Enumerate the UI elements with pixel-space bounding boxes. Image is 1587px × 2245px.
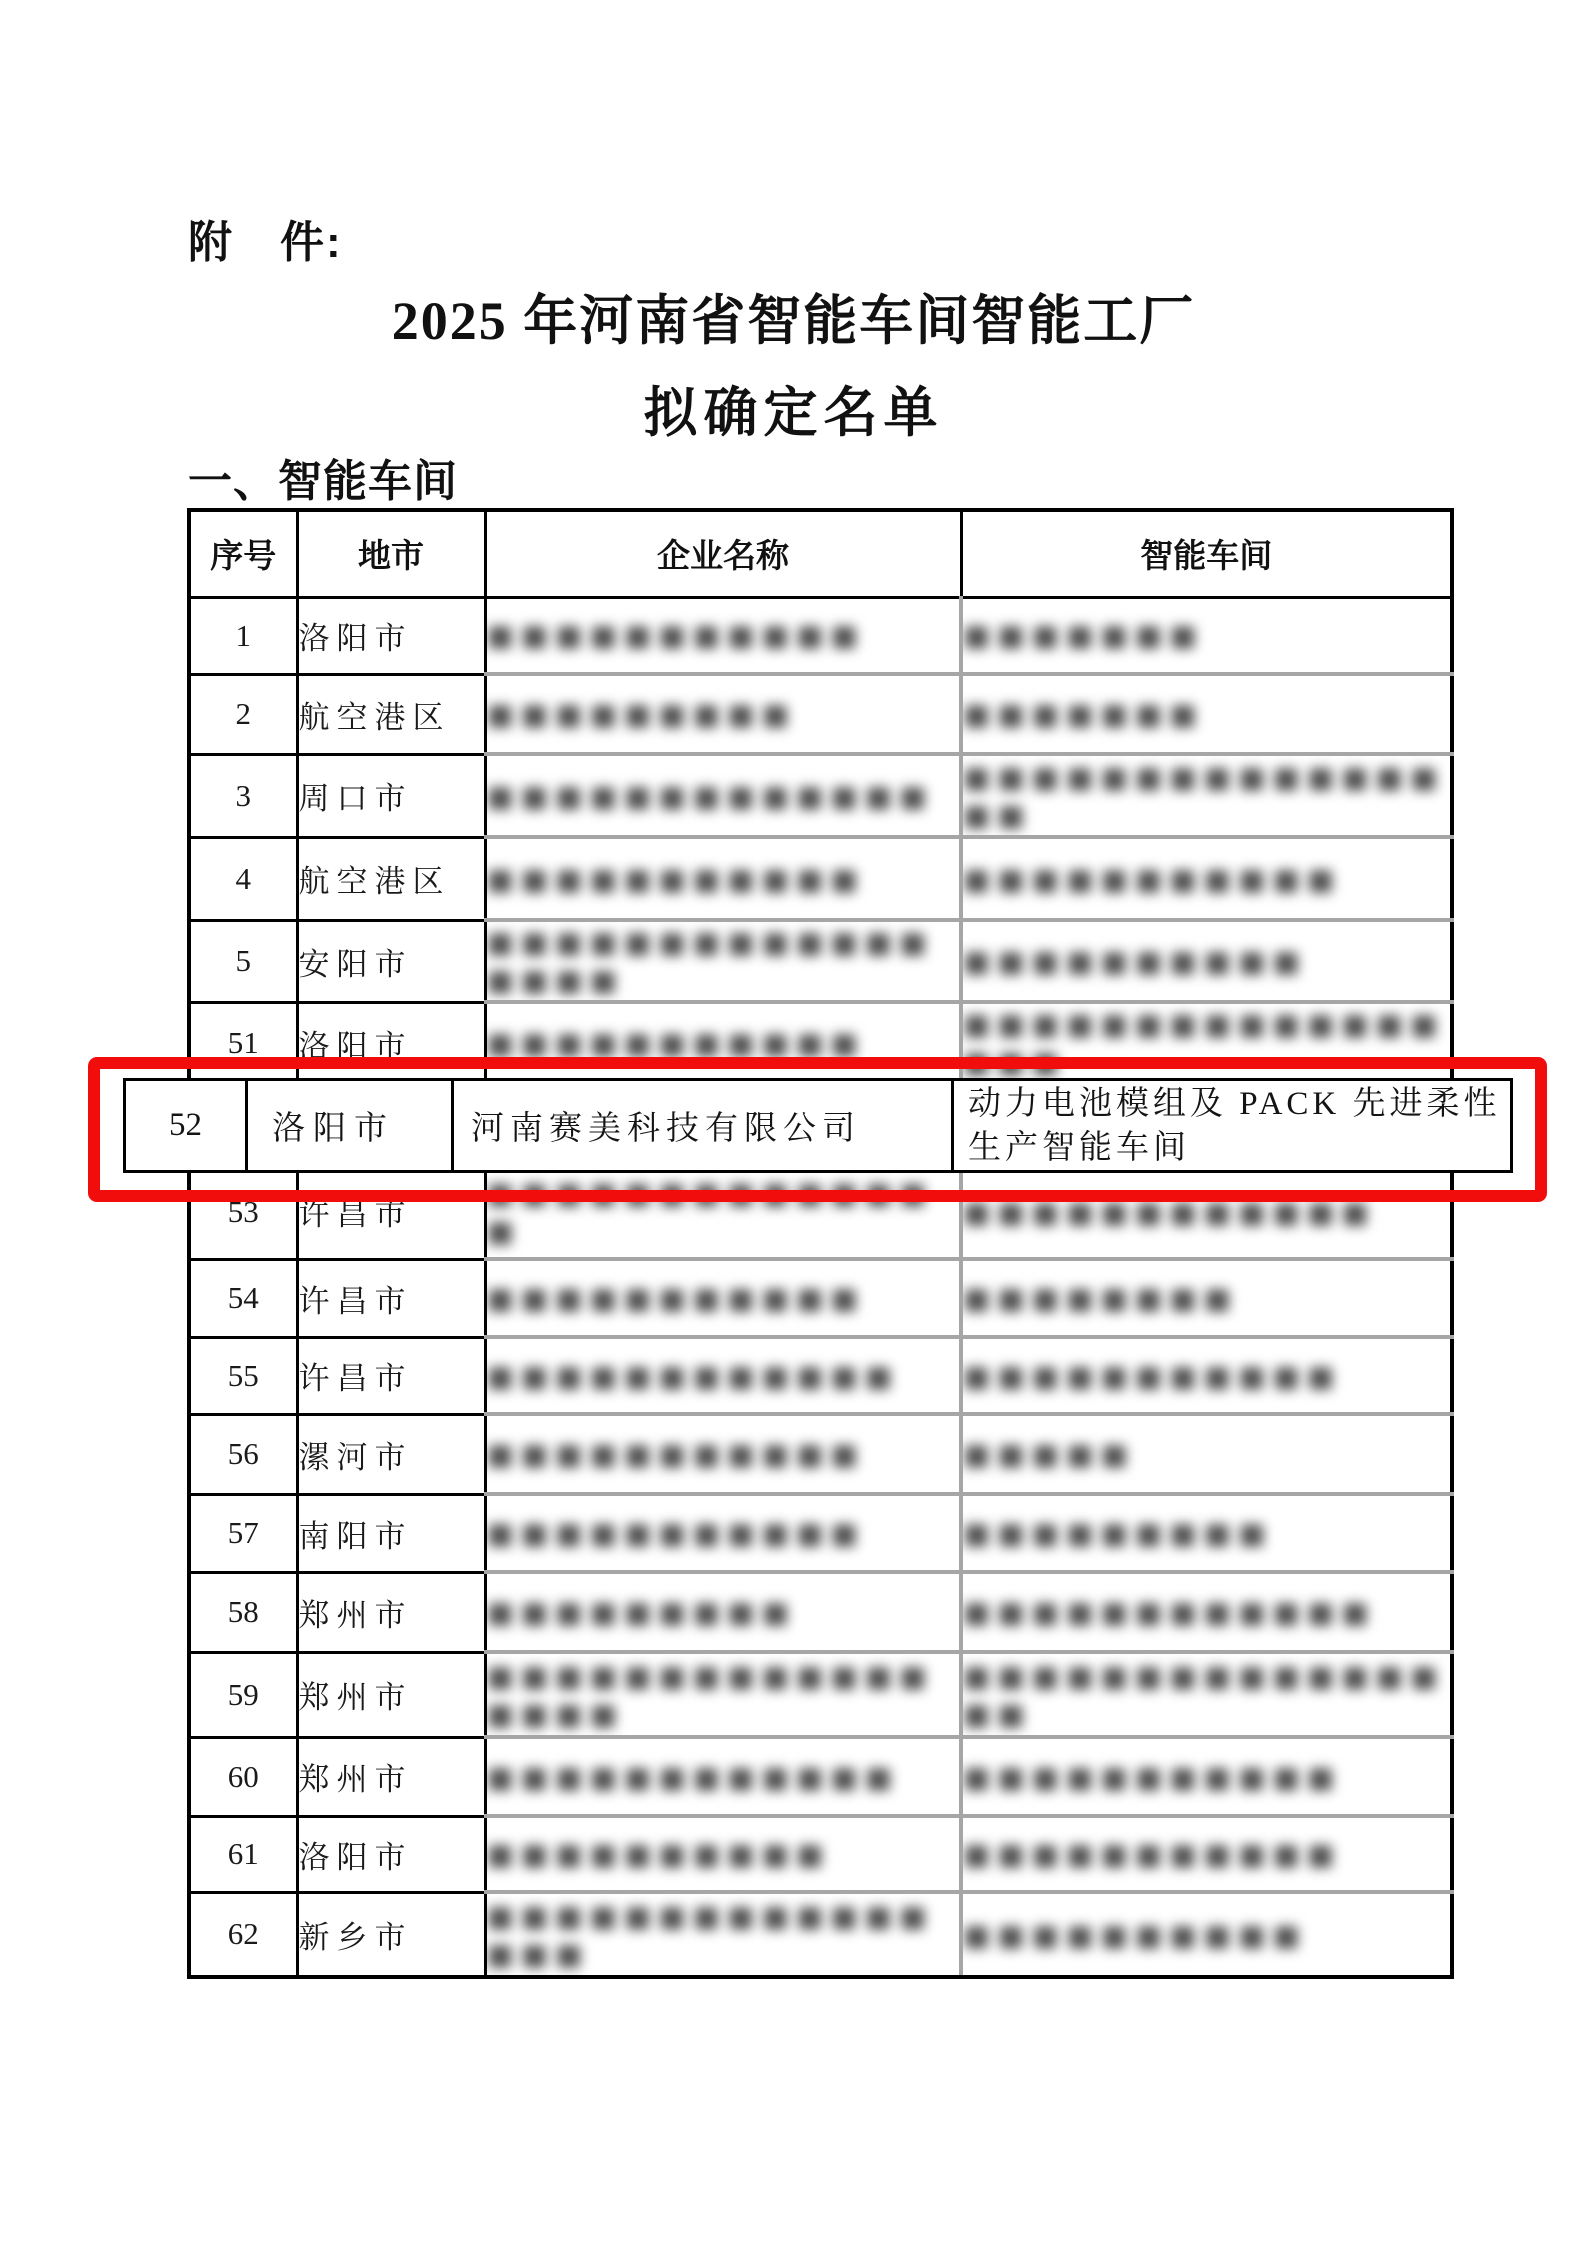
- table-row: 55 许昌市 ■■■■■■■■■■■■ ■■■■■■■■■■■: [189, 1337, 1452, 1414]
- table-row: 59 郑州市 ■■■■■■■■■■■■■■■■■ ■■■■■■■■■■■■■■■…: [189, 1652, 1452, 1737]
- table-row: 54 许昌市 ■■■■■■■■■■■ ■■■■■■■■: [189, 1259, 1452, 1337]
- redacted-text: ■■■■■■■■■■■■■■■■: [487, 1897, 960, 1973]
- cell-workshop-redacted: ■■■■■■■■: [961, 1259, 1452, 1337]
- redacted-text: ■■■■■■■■■■■■■■■■■: [487, 1657, 960, 1733]
- cell-no: 5: [189, 920, 297, 1002]
- workshop-listing-table: 序号 地市 企业名称 智能车间 1 洛阳市 ■■■■■■■■■■■ ■■■■■■…: [187, 508, 1454, 1979]
- document-page: 附 件: 2025 年河南省智能车间智能工厂 拟确定名单 一、智能车间 序号 地…: [0, 0, 1587, 2245]
- cell-city: 许昌市: [297, 1259, 485, 1337]
- cell-city: 郑州市: [297, 1572, 485, 1652]
- highlight-workshop-text: 动力电池模组及 PACK 先进柔性生产智能车间: [968, 1082, 1504, 1170]
- cell-company-redacted: ■■■■■■■■■■■■■: [485, 754, 961, 837]
- redacted-text: ■■■■■■■■■■: [487, 1835, 831, 1873]
- cell-city: 洛阳市: [297, 597, 485, 674]
- cell-company-redacted: ■■■■■■■■■■■■■■■■■: [485, 1652, 961, 1737]
- section-heading: 一、智能车间: [188, 445, 458, 509]
- redacted-text: ■■■■■■■■: [963, 1279, 1238, 1317]
- highlight-cell-city: 洛阳市: [245, 1081, 451, 1170]
- cell-workshop-redacted: ■■■■■■■■■■■■■■■■: [961, 754, 1452, 837]
- highlight-cell-company: 河南赛美科技有限公司: [451, 1081, 951, 1170]
- cell-workshop-redacted: ■■■■■■■■■■■: [961, 837, 1452, 920]
- document-title: 2025 年河南省智能车间智能工厂: [0, 278, 1587, 355]
- redacted-text: ■■■■■■■■■■■: [963, 860, 1341, 898]
- table-row: 3 周口市 ■■■■■■■■■■■■■ ■■■■■■■■■■■■■■■■: [189, 754, 1452, 837]
- column-header-company: 企业名称: [485, 510, 961, 597]
- table-row: 61 洛阳市 ■■■■■■■■■■ ■■■■■■■■■■■: [189, 1816, 1452, 1892]
- cell-workshop-redacted: ■■■■■■■■■■■: [961, 1337, 1452, 1414]
- cell-no: 2: [189, 674, 297, 754]
- cell-no: 58: [189, 1572, 297, 1652]
- cell-no: 57: [189, 1494, 297, 1572]
- cell-no: 55: [189, 1337, 297, 1414]
- cell-workshop-redacted: ■■■■■■■■■■■: [961, 1737, 1452, 1816]
- table-row: 1 洛阳市 ■■■■■■■■■■■ ■■■■■■■: [189, 597, 1452, 674]
- redacted-text: ■■■■■■■■■■■: [487, 860, 865, 898]
- cell-city: 许昌市: [297, 1337, 485, 1414]
- cell-city: 南阳市: [297, 1494, 485, 1572]
- table-row: 60 郑州市 ■■■■■■■■■■■■ ■■■■■■■■■■■: [189, 1737, 1452, 1816]
- cell-workshop-redacted: ■■■■■■■■■■■■: [961, 1572, 1452, 1652]
- cell-company-redacted: ■■■■■■■■■■■: [485, 1259, 961, 1337]
- cell-company-redacted: ■■■■■■■■■■■■: [485, 1737, 961, 1816]
- cell-workshop-redacted: ■■■■■■■■■■■: [961, 1816, 1452, 1892]
- column-header-workshop: 智能车间: [961, 510, 1452, 597]
- table-row: 62 新乡市 ■■■■■■■■■■■■■■■■ ■■■■■■■■■■: [189, 1892, 1452, 1977]
- redacted-text: ■■■■■■■: [963, 616, 1204, 654]
- redacted-text: ■■■■■■■■■: [487, 1593, 797, 1631]
- cell-no: 54: [189, 1259, 297, 1337]
- redacted-text: ■■■■■■■■■■■■■■■■: [963, 758, 1450, 834]
- cell-company-redacted: ■■■■■■■■■■■■: [485, 1337, 961, 1414]
- cell-company-redacted: ■■■■■■■■■■■: [485, 1494, 961, 1572]
- redacted-text: ■■■■■■■■■■■■■■■■: [963, 1657, 1450, 1733]
- table-row: 4 航空港区 ■■■■■■■■■■■ ■■■■■■■■■■■: [189, 837, 1452, 920]
- cell-no: 3: [189, 754, 297, 837]
- highlight-cell-no: 52: [126, 1081, 245, 1170]
- cell-company-redacted: ■■■■■■■■■■■: [485, 597, 961, 674]
- cell-company-redacted: ■■■■■■■■■■■: [485, 837, 961, 920]
- cell-company-redacted: ■■■■■■■■■: [485, 674, 961, 754]
- cell-city: 漯河市: [297, 1414, 485, 1494]
- cell-company-redacted: ■■■■■■■■■■■■■■■■: [485, 1892, 961, 1977]
- cell-city: 郑州市: [297, 1652, 485, 1737]
- table-row: 56 漯河市 ■■■■■■■■■■■ ■■■■■: [189, 1414, 1452, 1494]
- cell-no: 56: [189, 1414, 297, 1494]
- cell-company-redacted: ■■■■■■■■■■: [485, 1816, 961, 1892]
- cell-workshop-redacted: ■■■■■■■: [961, 597, 1452, 674]
- redacted-text: ■■■■■: [963, 1435, 1135, 1473]
- redacted-text: ■■■■■■■■■: [487, 695, 797, 733]
- document-subtitle: 拟确定名单: [0, 370, 1587, 447]
- redacted-text: ■■■■■■■■■■■: [487, 616, 865, 654]
- redacted-text: ■■■■■■■■■■: [963, 942, 1307, 980]
- redacted-text: ■■■■■■■: [963, 695, 1204, 733]
- cell-city: 航空港区: [297, 674, 485, 754]
- cell-workshop-redacted: ■■■■■■■■■■: [961, 1892, 1452, 1977]
- cell-no: 62: [189, 1892, 297, 1977]
- highlight-cell-workshop: 动力电池模组及 PACK 先进柔性生产智能车间: [951, 1081, 1510, 1170]
- highlight-row-52: 52 洛阳市 河南赛美科技有限公司 动力电池模组及 PACK 先进柔性生产智能车…: [123, 1078, 1513, 1173]
- cell-no: 4: [189, 837, 297, 920]
- redacted-text: ■■■■■■■■■■■■: [487, 1758, 900, 1796]
- cell-city: 安阳市: [297, 920, 485, 1002]
- cell-city: 航空港区: [297, 837, 485, 920]
- table-row: 2 航空港区 ■■■■■■■■■ ■■■■■■■: [189, 674, 1452, 754]
- redacted-text: ■■■■■■■■■■: [963, 1916, 1307, 1954]
- table-row: 57 南阳市 ■■■■■■■■■■■ ■■■■■■■■■: [189, 1494, 1452, 1572]
- redacted-text: ■■■■■■■■■■■: [487, 1435, 865, 1473]
- attachment-label: 附 件:: [188, 206, 343, 270]
- cell-city: 洛阳市: [297, 1816, 485, 1892]
- redacted-text: ■■■■■■■■■■■■■■■■■: [487, 923, 960, 999]
- cell-company-redacted: ■■■■■■■■■■■: [485, 1414, 961, 1494]
- column-header-city: 地市: [297, 510, 485, 597]
- cell-workshop-redacted: ■■■■■: [961, 1414, 1452, 1494]
- redacted-text: ■■■■■■■■■■■: [487, 1514, 865, 1552]
- cell-no: 59: [189, 1652, 297, 1737]
- cell-city: 郑州市: [297, 1737, 485, 1816]
- redacted-text: ■■■■■■■■■■■: [487, 1279, 865, 1317]
- redacted-text: ■■■■■■■■■■■: [963, 1758, 1341, 1796]
- redacted-text: ■■■■■■■■■: [963, 1514, 1273, 1552]
- column-header-no: 序号: [189, 510, 297, 597]
- redacted-text: ■■■■■■■■■■■■: [963, 1593, 1376, 1631]
- cell-city: 周口市: [297, 754, 485, 837]
- table-header-row: 序号 地市 企业名称 智能车间: [189, 510, 1452, 597]
- redacted-text: ■■■■■■■■■■■■: [487, 1357, 900, 1395]
- table-row: 58 郑州市 ■■■■■■■■■ ■■■■■■■■■■■■: [189, 1572, 1452, 1652]
- cell-company-redacted: ■■■■■■■■■■■■■■■■■: [485, 920, 961, 1002]
- cell-workshop-redacted: ■■■■■■■■■■■■■■■■: [961, 1652, 1452, 1737]
- redacted-text: ■■■■■■■■■■■■■: [487, 777, 934, 815]
- cell-no: 61: [189, 1816, 297, 1892]
- cell-city: 新乡市: [297, 1892, 485, 1977]
- cell-no: 60: [189, 1737, 297, 1816]
- cell-workshop-redacted: ■■■■■■■■■: [961, 1494, 1452, 1572]
- redacted-text: ■■■■■■■■■■■: [963, 1357, 1341, 1395]
- cell-company-redacted: ■■■■■■■■■: [485, 1572, 961, 1652]
- cell-no: 1: [189, 597, 297, 674]
- cell-workshop-redacted: ■■■■■■■: [961, 674, 1452, 754]
- table-row: 5 安阳市 ■■■■■■■■■■■■■■■■■ ■■■■■■■■■■: [189, 920, 1452, 1002]
- redacted-text: ■■■■■■■■■■■: [963, 1835, 1341, 1873]
- cell-workshop-redacted: ■■■■■■■■■■: [961, 920, 1452, 1002]
